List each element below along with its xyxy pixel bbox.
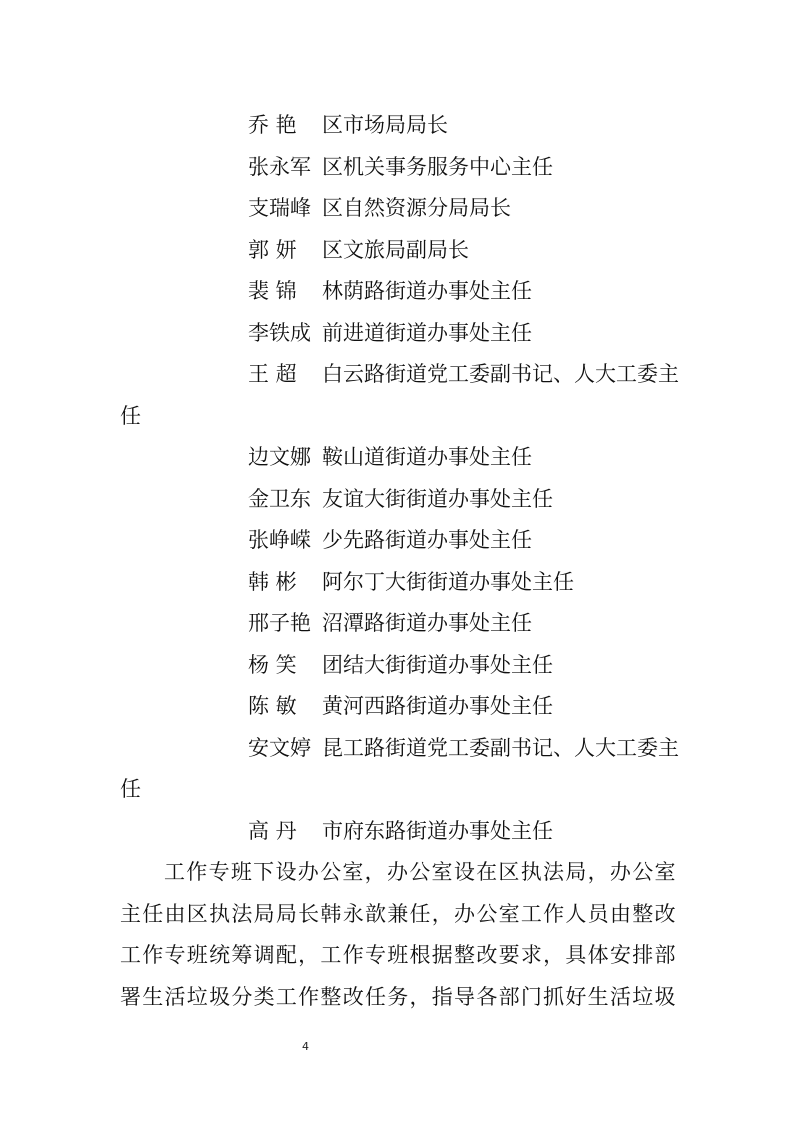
member-role: 林荫路街道办事处主任 <box>322 277 532 305</box>
member-line: 高 丹市府东路街道办事处主任 <box>248 817 793 845</box>
member-name: 乔 艳 <box>248 111 322 139</box>
member-line: 张永军区机关事务服务中心主任 <box>248 153 793 181</box>
member-role: 友谊大街街道办事处主任 <box>322 485 553 513</box>
member-role: 区市场局局长 <box>322 111 448 139</box>
member-name: 李铁成 <box>248 319 322 347</box>
member-name: 杨 笑 <box>248 651 322 679</box>
member-name: 边文娜 <box>248 443 322 471</box>
member-role-continuation: 任 <box>120 775 676 803</box>
member-line: 王 超白云路街道党工委副书记、人大工委主 <box>248 360 793 388</box>
member-line: 邢子艳沼潭路街道办事处主任 <box>248 609 793 637</box>
member-role: 昆工路街道党工委副书记、人大工委主 <box>322 734 679 762</box>
member-line: 陈 敏黄河西路街道办事处主任 <box>248 692 793 720</box>
member-line: 安文婷昆工路街道党工委副书记、人大工委主 <box>248 734 793 762</box>
member-role: 前进道街道办事处主任 <box>322 319 532 347</box>
member-role: 黄河西路街道办事处主任 <box>322 692 553 720</box>
member-line: 金卫东友谊大街街道办事处主任 <box>248 485 793 513</box>
member-name: 高 丹 <box>248 817 322 845</box>
member-name: 支瑞峰 <box>248 194 322 222</box>
member-name: 安文婷 <box>248 734 322 762</box>
member-line: 郭 妍区文旅局副局长 <box>248 236 793 264</box>
member-name: 陈 敏 <box>248 692 322 720</box>
document-page: 乔 艳区市场局局长 张永军区机关事务服务中心主任 支瑞峰区自然资源分局局长 郭 … <box>0 0 793 1122</box>
member-name: 张永军 <box>248 153 322 181</box>
member-role: 区文旅局副局长 <box>322 236 469 264</box>
member-line: 韩 彬阿尔丁大街街道办事处主任 <box>248 568 793 596</box>
member-line: 杨 笑团结大街街道办事处主任 <box>248 651 793 679</box>
member-role: 鞍山道街道办事处主任 <box>322 443 532 471</box>
member-name: 韩 彬 <box>248 568 322 596</box>
member-role: 区机关事务服务中心主任 <box>322 153 553 181</box>
member-role: 阿尔丁大街街道办事处主任 <box>322 568 574 596</box>
member-role: 沼潭路街道办事处主任 <box>322 609 532 637</box>
member-role: 团结大街街道办事处主任 <box>322 651 553 679</box>
member-name: 金卫东 <box>248 485 322 513</box>
member-line: 李铁成前进道街道办事处主任 <box>248 319 793 347</box>
member-name: 张峥嵘 <box>248 526 322 554</box>
member-name: 王 超 <box>248 360 322 388</box>
member-name: 裴 锦 <box>248 277 322 305</box>
member-role: 白云路街道党工委副书记、人大工委主 <box>322 360 679 388</box>
member-name: 郭 妍 <box>248 236 322 264</box>
paragraph-line: 工作专班下设办公室，办公室设在区执法局，办公室 <box>164 858 676 886</box>
member-name: 邢子艳 <box>248 609 322 637</box>
member-line: 裴 锦林荫路街道办事处主任 <box>248 277 793 305</box>
paragraph-line: 工作专班统筹调配，工作专班根据整改要求，具体安排部 <box>120 941 676 969</box>
member-line: 边文娜鞍山道街道办事处主任 <box>248 443 793 471</box>
paragraph-line: 主任由区执法局局长韩永歆兼任，办公室工作人员由整改 <box>120 900 676 928</box>
member-line: 乔 艳区市场局局长 <box>248 111 793 139</box>
member-role-continuation: 任 <box>120 402 676 430</box>
paragraph-line: 署生活垃圾分类工作整改任务，指导各部门抓好生活垃圾 <box>120 983 676 1011</box>
member-line: 张峥嵘少先路街道办事处主任 <box>248 526 793 554</box>
member-role: 区自然资源分局局长 <box>322 194 511 222</box>
member-role: 市府东路街道办事处主任 <box>322 817 553 845</box>
member-line: 支瑞峰区自然资源分局局长 <box>248 194 793 222</box>
page-number: 4 <box>302 1040 309 1053</box>
member-role: 少先路街道办事处主任 <box>322 526 532 554</box>
